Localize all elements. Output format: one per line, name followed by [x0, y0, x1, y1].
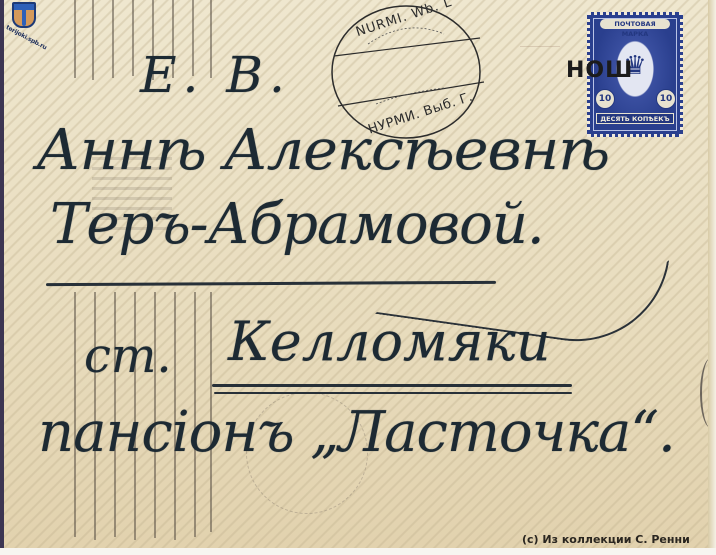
scan-bottom-edge: [0, 548, 716, 555]
stamp-overprint: НОШ: [566, 58, 633, 83]
shield-icon: [12, 2, 36, 28]
station-underline-2: [214, 392, 572, 394]
address-line-station-prefix: ст.: [84, 328, 172, 384]
site-logo: terijoki.spb.ru: [8, 2, 42, 34]
collection-watermark: (c) Из коллекции С. Ренни: [522, 533, 690, 546]
scan-right-edge: [708, 0, 716, 555]
faint-pencil-mark: [520, 24, 560, 47]
address-line-station: Келломяки: [228, 310, 551, 373]
stamp-value-right: 10: [656, 89, 676, 109]
scan-left-edge: [0, 0, 4, 548]
logo-text: terijoki.spb.ru: [5, 24, 48, 51]
address-line-pension: пансiонъ „Ласточка“.: [38, 400, 675, 465]
station-underline-1: [212, 384, 572, 387]
address-line-name: Аннѣ Алексѣевнѣ: [36, 118, 609, 183]
stamp-value-left: 10: [595, 89, 615, 109]
stamp-top-label: ПОЧТОВАЯ МАРКА: [600, 19, 670, 29]
address-line-honorific: Е. В.: [140, 46, 291, 104]
envelope-image: NURMI. Wb. L НУРМИ. Выб. Г. ПОЧТОВАЯ МАР…: [0, 0, 714, 548]
